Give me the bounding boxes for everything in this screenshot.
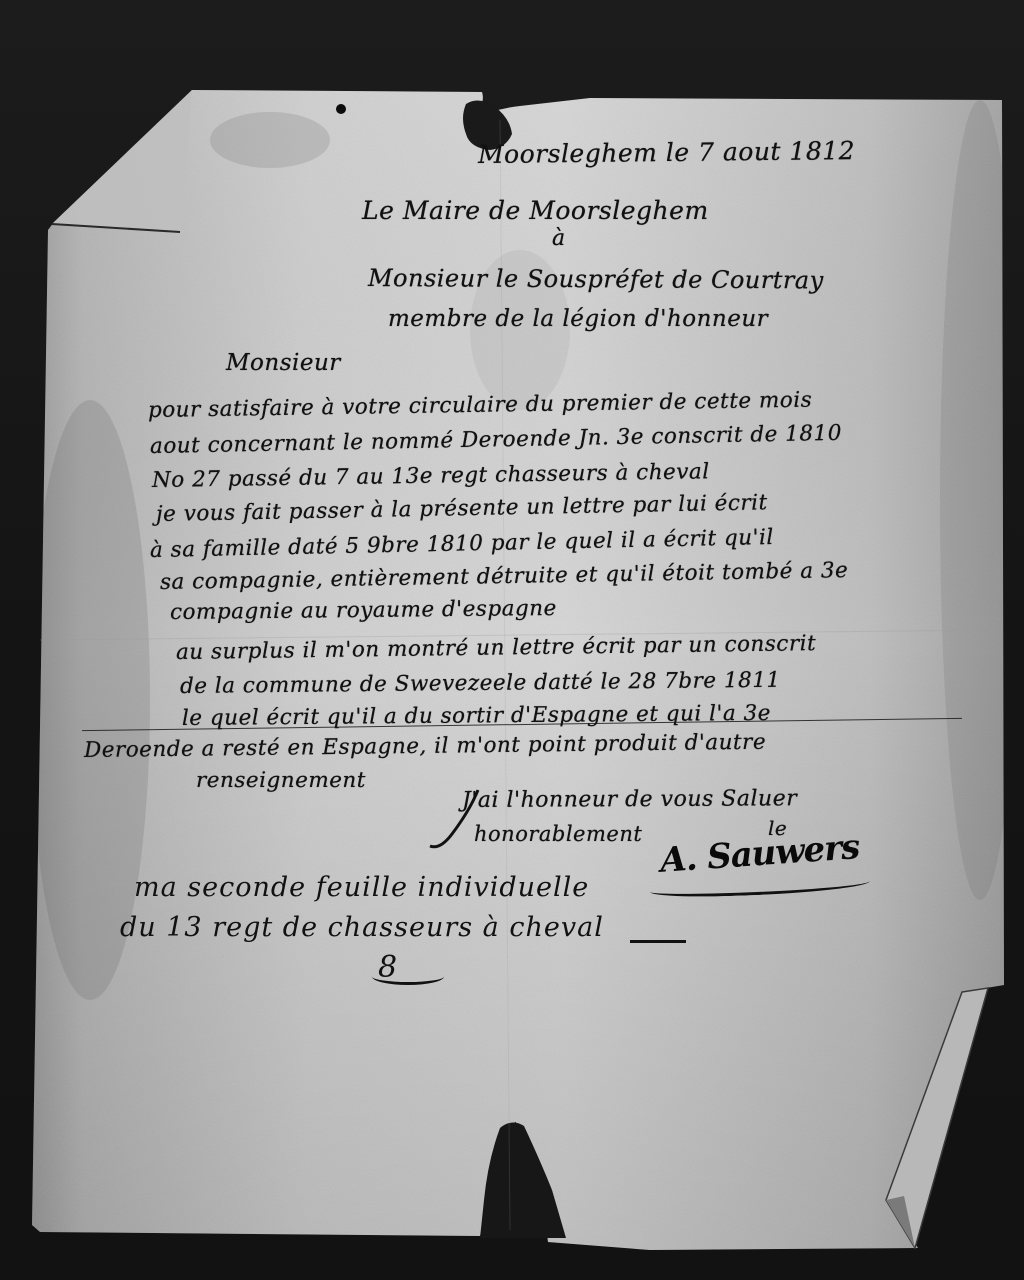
closing-line-2: honorablement	[474, 822, 642, 846]
to-mark: à	[552, 226, 566, 251]
paraph-flourish	[372, 968, 444, 985]
body-line: le quel écrit qu'il a du sortir d'Espagn…	[182, 701, 771, 731]
closing-line-1: J'ai l'honneur de vous Saluer	[462, 786, 797, 813]
addressee-line-1: Monsieur le Souspréfet de Courtray	[368, 264, 824, 294]
letter-paper: Moorsleghem le 7 aout 1812 Le Maire de M…	[0, 0, 1024, 1280]
body-line: renseignement	[196, 768, 366, 793]
sender-line: Le Maire de Moorsleghem	[362, 196, 709, 225]
salutation: Monsieur	[226, 350, 341, 376]
folded-corner-top-left	[52, 90, 192, 232]
body-line: compagnie au royaume d'espagne	[170, 596, 557, 625]
addressee-line-2: membre de la légion d'honneur	[388, 306, 768, 332]
annotation-line-1: ma seconde feuille individuelle	[134, 872, 589, 903]
annotation-line-2: du 13 regt de chasseurs à cheval	[120, 912, 604, 943]
place-date-line: Moorsleghem le 7 aout 1812	[478, 136, 855, 169]
annotation-underline	[630, 940, 686, 943]
ink-blot	[336, 104, 346, 114]
